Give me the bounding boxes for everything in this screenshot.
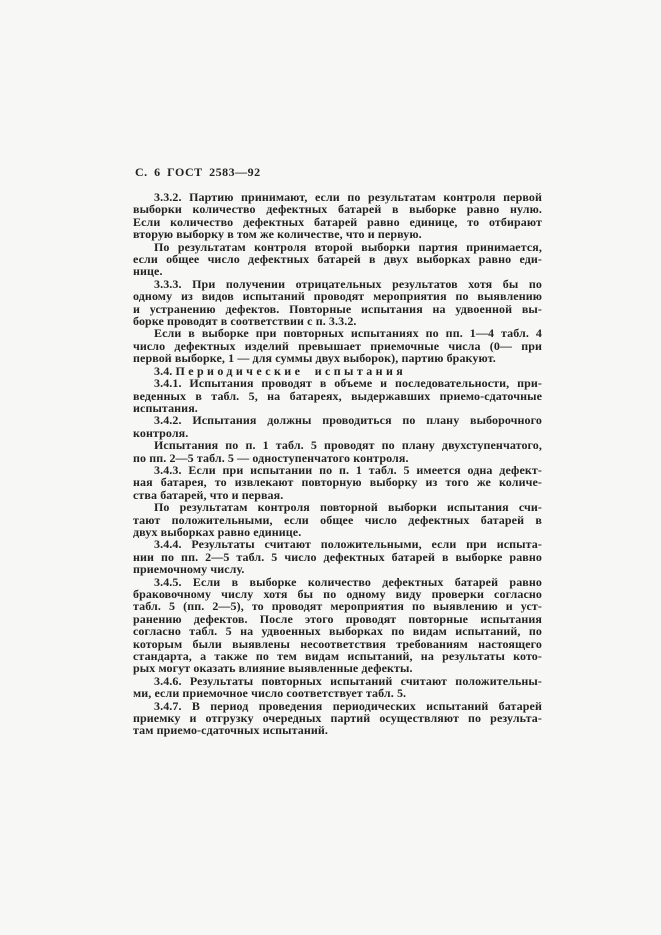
text-line: рых могут оказать влияние выявленные деф… xyxy=(133,662,542,674)
page-header: С. 6 ГОСТ 2583—92 xyxy=(135,165,261,180)
text-line: 3.4.4. Результаты считают положительными… xyxy=(133,538,542,550)
paragraph: 3.4.3. Если при испытании по п. 1 табл. … xyxy=(133,464,542,501)
scan-artifact: ’ xyxy=(426,416,430,428)
text-line: выборки количество дефектных батарей в в… xyxy=(133,203,542,215)
paragraph: Если в выборке при повторных испытаниях … xyxy=(133,327,542,364)
text-line: Испытания по п. 1 табл. 5 проводят по пл… xyxy=(133,439,542,451)
paragraph: 3.3.3. При получении отрицательных резул… xyxy=(133,278,542,328)
paragraph: 3.4.7. В период проведения периодических… xyxy=(133,700,542,737)
paragraph: 3.4.4. Результаты считают положительными… xyxy=(133,538,542,575)
text-line: приемочному числу. xyxy=(133,563,542,575)
text-line: Если в выборке при повторных испытаниях … xyxy=(133,327,542,339)
document-body: 3.3.2. Партию принимают, если по результ… xyxy=(133,191,542,737)
paragraph: 3.4.6. Результаты повторных испытаний сч… xyxy=(133,675,542,700)
text-line: 3.4.1. Испытания проводят в объеме и пос… xyxy=(133,377,542,389)
text-line: если общее число дефектных батарей в дву… xyxy=(133,253,542,265)
text-line: вторую выборку в том же количестве, что … xyxy=(133,228,542,240)
paragraph: 3.3.2. Партию принимают, если по результ… xyxy=(133,191,542,241)
text-line: 3.4.2. Испытания должны проводиться по п… xyxy=(133,414,542,426)
text-line: По результатам контроля повторной выборк… xyxy=(133,501,542,513)
paragraph: 3.4.2. Испытания должны проводиться по п… xyxy=(133,414,542,439)
paragraph: По результатам контроля повторной выборк… xyxy=(133,501,542,538)
paragraph: По результатам контроля второй выборки п… xyxy=(133,241,542,278)
text-line: ная батарея, то извлекают повторную выбо… xyxy=(133,476,542,488)
paragraph: Испытания по п. 1 табл. 5 проводят по пл… xyxy=(133,439,542,464)
text-line: табл. 5 (пп. 2—5), то проводят мероприят… xyxy=(133,600,542,612)
text-line: нице. xyxy=(133,265,542,277)
text-line: одному из видов испытаний проводят мероп… xyxy=(133,290,542,302)
document-page: С. 6 ГОСТ 2583—92 3.3.2. Партию принимаю… xyxy=(0,0,661,935)
text-line: ми, если приемочное число соответствует … xyxy=(133,687,542,699)
paragraph: 3.4.5. Если в выборке количество дефектн… xyxy=(133,576,542,675)
paragraph: 3.4.1. Испытания проводят в объеме и пос… xyxy=(133,377,542,414)
text-line: там приемо-сдаточных испытаний. xyxy=(133,724,542,736)
text-line: согласно табл. 5 на удвоенных выборках п… xyxy=(133,625,542,637)
